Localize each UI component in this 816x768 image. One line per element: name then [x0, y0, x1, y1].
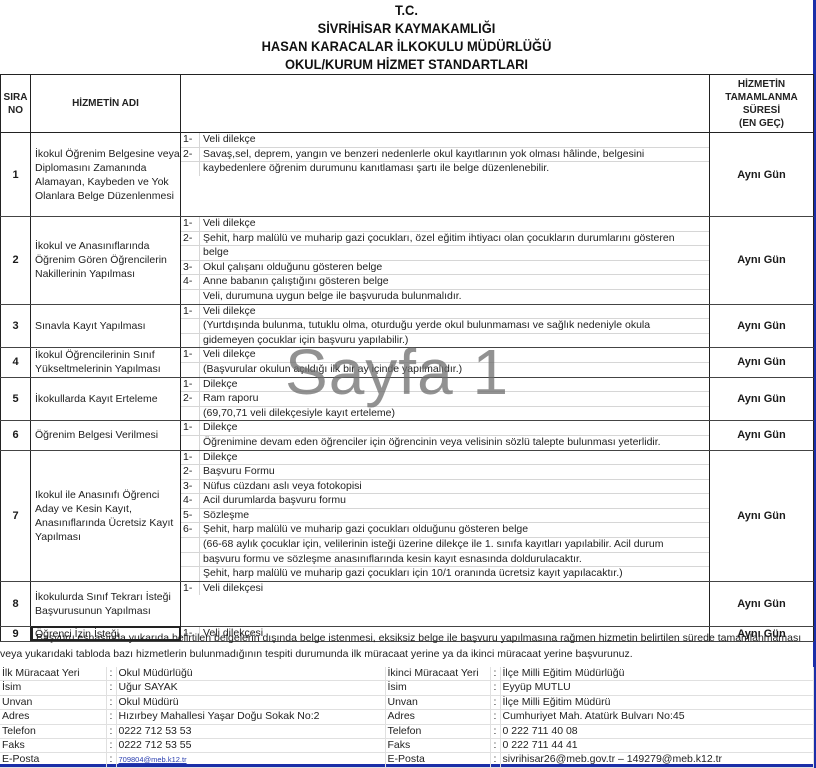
contact-label-second: Adres: [385, 710, 490, 724]
contact-value-second: 0 222 711 40 08: [500, 724, 813, 738]
contact-label-second: İkinci Müracaat Yeri: [385, 667, 490, 681]
requirement-item: (66-68 aylık çocuklar için, velilerinin …: [181, 538, 709, 553]
requirement-item: Öğrenimine devam eden öğrenciler için öğ…: [181, 436, 709, 450]
requirement-text: Veli dilekçe: [200, 217, 256, 231]
requirement-text: Şehit, harp malülü ve muharip gazi çocuk…: [200, 523, 528, 537]
requirement-item: 3-Nüfus cüzdanı aslı veya fotokopisi: [181, 480, 709, 495]
requirement-text: Savaş,sel, deprem, yangın ve benzeri ned…: [200, 148, 644, 162]
column-header-duration-line2: TAMAMLANMA: [725, 92, 798, 103]
table-row: 8İkokulurda Sınıf Tekrarı İsteği Başvuru…: [1, 581, 814, 626]
contact-separator: :: [490, 710, 500, 724]
requirement-number: [181, 162, 200, 176]
table-row: 1İkokul Öğrenim Belgesine veya Diploması…: [1, 133, 814, 217]
contact-row: Faks:0222 712 53 55Faks:0 222 711 44 41: [0, 739, 813, 753]
contact-value-first: Okul Müdürü: [116, 695, 385, 709]
completion-duration: Aynı Gün: [710, 348, 814, 377]
contact-value-first[interactable]: 709804@meb.k12.tr: [116, 753, 385, 767]
requirement-text: (69,70,71 veli dilekçesiyle kayıt ertele…: [200, 407, 395, 421]
requirement-item: kaybedenlere öğrenim durumunu kanıtlamas…: [181, 162, 709, 176]
service-requirements: 1-Veli dilekçesi: [181, 581, 710, 626]
contact-separator: :: [490, 724, 500, 738]
requirement-number: 2-: [181, 148, 200, 162]
requirement-item: (Başvurular okulun açıldığı ilk bir ay i…: [181, 363, 709, 377]
contact-separator: :: [106, 695, 116, 709]
service-name[interactable]: İkokul Öğrencilerinin Sınıf Yükseltmeler…: [31, 348, 181, 377]
row-number: 1: [1, 133, 31, 217]
service-name[interactable]: Sınavla Kayıt Yapılması: [31, 304, 181, 348]
requirement-number: 4-: [181, 494, 200, 508]
service-name[interactable]: İkokul ve Anasınıflarında Öğrenim Gören …: [31, 217, 181, 305]
requirement-text: Dilekçe: [200, 421, 237, 435]
requirement-item: 1-Veli dilekçe: [181, 133, 709, 148]
requirement-item: (69,70,71 veli dilekçesiyle kayıt ertele…: [181, 407, 709, 421]
service-name[interactable]: İkokulurda Sınıf Tekrarı İsteği Başvurus…: [31, 581, 181, 626]
requirement-text: Dilekçe: [200, 451, 237, 465]
requirement-text: Veli dilekçe: [200, 133, 256, 147]
service-requirements: 1-DilekçeÖğrenimine devam eden öğrencile…: [181, 421, 710, 450]
column-header-duration-line4: (EN GEÇ): [739, 118, 784, 129]
requirement-number: [181, 363, 200, 377]
contact-value-second: sivrihisar26@meb.gov.tr – 149279@meb.k12…: [500, 753, 813, 767]
requirement-number: [181, 553, 200, 567]
table-row: 2İkokul ve Anasınıflarında Öğrenim Gören…: [1, 217, 814, 305]
requirement-item: 1-Dilekçe: [181, 378, 709, 393]
requirement-number: 5-: [181, 509, 200, 523]
column-header-no-line1: SIRA: [4, 92, 28, 103]
contact-label-second: İsim: [385, 681, 490, 695]
service-name[interactable]: İkokul Öğrenim Belgesine veya Diplomasın…: [31, 133, 181, 217]
completion-duration: Aynı Gün: [710, 581, 814, 626]
requirement-text: (66-68 aylık çocuklar için, velilerinin …: [200, 538, 663, 552]
requirement-text: Öğrenimine devam eden öğrenciler için öğ…: [200, 436, 661, 450]
row-number: 2: [1, 217, 31, 305]
requirement-text: Veli dilekçe: [200, 348, 256, 362]
contact-label-second: Faks: [385, 739, 490, 753]
header-line-kaymakamlik: SİVRİHİSAR KAYMAKAMLIĞI: [33, 19, 781, 37]
column-header-no: SIRA NO: [1, 75, 31, 133]
requirement-text: Başvuru Formu: [200, 465, 275, 479]
requirement-number: [181, 407, 200, 421]
requirement-number: 1-: [181, 421, 200, 435]
requirement-text: (Yurtdışında bulunma, tutuklu olma, otur…: [200, 319, 650, 333]
requirement-item: 1-Dilekçe: [181, 421, 709, 436]
requirement-number: 3-: [181, 261, 200, 275]
contact-table: İlk Müracaat Yeri:Okul Müdürlüğüİkinci M…: [0, 667, 814, 768]
contact-value-second: 0 222 711 44 41: [500, 739, 813, 753]
requirement-number: [181, 319, 200, 333]
contact-separator: :: [106, 739, 116, 753]
contact-separator: :: [490, 695, 500, 709]
application-note-text: Başvuru esnasında yukarıda belirtilen be…: [0, 630, 813, 662]
requirement-item: 1-Veli dilekçesi: [181, 582, 709, 596]
contact-label-first: Telefon: [0, 724, 106, 738]
contact-label-first: E-Posta: [0, 753, 106, 767]
requirement-text: Şehit, harp malülü ve muharip gazi çocuk…: [200, 567, 623, 581]
requirement-text: Ram raporu: [200, 392, 258, 406]
requirement-text: kaybedenlere öğrenim durumunu kanıtlamas…: [200, 162, 549, 176]
application-note: Başvuru esnasında yukarıda belirtilen be…: [0, 630, 813, 662]
requirement-text: Nüfus cüzdanı aslı veya fotokopisi: [200, 480, 362, 494]
requirement-text: (Başvurular okulun açıldığı ilk bir ay i…: [200, 363, 462, 377]
row-number: 4: [1, 348, 31, 377]
table-row: 5İkokullarda Kayıt Erteleme1-Dilekçe2-Ra…: [1, 377, 814, 421]
contact-label-second: Telefon: [385, 724, 490, 738]
requirement-item: 2-Başvuru Formu: [181, 465, 709, 480]
service-requirements: 1-Veli dilekçe(Yurtdışında bulunma, tutu…: [181, 304, 710, 348]
requirement-item: Veli, durumuna uygun belge ile başvuruda…: [181, 290, 709, 304]
requirement-number: 1-: [181, 217, 200, 231]
row-number: 6: [1, 421, 31, 450]
requirement-item: 1-Veli dilekçe: [181, 305, 709, 320]
completion-duration: Aynı Gün: [710, 450, 814, 581]
contact-separator: :: [106, 667, 116, 681]
contact-row: Adres:Hızırbey Mahallesi Yaşar Doğu Soka…: [0, 710, 813, 724]
requirement-text: başvuru formu ve sözleşme anasınıflarınd…: [200, 553, 582, 567]
row-number: 7: [1, 450, 31, 581]
requirement-item: belge: [181, 246, 709, 261]
contact-value-second: İlçe Milli Eğitim Müdürlüğü: [500, 667, 813, 681]
requirement-item: 4-Acil durumlarda başvuru formu: [181, 494, 709, 509]
requirement-number: [181, 436, 200, 450]
requirement-item: 4-Anne babanın çalıştığını gösteren belg…: [181, 275, 709, 290]
contact-row: İsim:Uğur SAYAKİsim:Eyyüp MUTLU: [0, 681, 813, 695]
row-number: 5: [1, 377, 31, 421]
contact-row: E-Posta:709804@meb.k12.trE-Posta:sivrihi…: [0, 753, 813, 767]
requirement-number: 1-: [181, 133, 200, 147]
document-header: T.C. SİVRİHİSAR KAYMAKAMLIĞI HASAN KARAC…: [0, 0, 813, 73]
table-row: 4İkokul Öğrencilerinin Sınıf Yükseltmele…: [1, 348, 814, 377]
contact-row: Unvan:Okul MüdürüUnvan:İlçe Milli Eğitim…: [0, 695, 813, 709]
service-requirements: 1-Veli dilekçe2-Şehit, harp malülü ve mu…: [181, 217, 710, 305]
completion-duration: Aynı Gün: [710, 217, 814, 305]
requirement-text: Şehit, harp malülü ve muharip gazi çocuk…: [200, 232, 675, 246]
requirement-item: 2-Savaş,sel, deprem, yangın ve benzeri n…: [181, 148, 709, 163]
row-number: 3: [1, 304, 31, 348]
contact-row: İlk Müracaat Yeri:Okul Müdürlüğüİkinci M…: [0, 667, 813, 681]
requirement-number: 6-: [181, 523, 200, 537]
requirement-number: 2-: [181, 392, 200, 406]
requirement-number: 1-: [181, 348, 200, 362]
contact-value-second: İlçe Milli Eğitim Müdürü: [500, 695, 813, 709]
contact-label-first: İlk Müracaat Yeri: [0, 667, 106, 681]
contact-label-first: Adres: [0, 710, 106, 724]
requirement-number: 1-: [181, 451, 200, 465]
requirement-number: 2-: [181, 465, 200, 479]
requirement-item: 1-Veli dilekçe: [181, 217, 709, 232]
row-number: 8: [1, 581, 31, 626]
requirement-text: belge: [200, 246, 229, 260]
requirement-number: 4-: [181, 275, 200, 289]
completion-duration: Aynı Gün: [710, 304, 814, 348]
completion-duration: Aynı Gün: [710, 133, 814, 217]
requirement-item: başvuru formu ve sözleşme anasınıflarınd…: [181, 553, 709, 568]
service-name[interactable]: Öğrenim Belgesi Verilmesi: [31, 421, 181, 450]
requirement-item: 6-Şehit, harp malülü ve muharip gazi çoc…: [181, 523, 709, 538]
service-name[interactable]: Ikokul ile Anasınıfı Öğrenci Aday ve Kes…: [31, 450, 181, 581]
header-line-standards: OKUL/KURUM HİZMET STANDARTLARI: [33, 55, 781, 73]
requirement-text: gidemeyen çocuklar için başvuru yapılabi…: [200, 334, 408, 348]
table-header-row: SIRA NO HİZMETİN ADI HİZMETİN TAMAMLANMA…: [1, 75, 814, 133]
requirement-text: Veli, durumuna uygun belge ile başvuruda…: [200, 290, 462, 304]
requirement-text: Acil durumlarda başvuru formu: [200, 494, 346, 508]
contact-label-second: E-Posta: [385, 753, 490, 767]
requirement-text: Veli dilekçe: [200, 305, 256, 319]
requirement-text: Okul çalışanı olduğunu gösteren belge: [200, 261, 382, 275]
requirement-item: 1-Veli dilekçe: [181, 348, 709, 363]
contact-separator: :: [106, 753, 116, 767]
table-row: 6Öğrenim Belgesi Verilmesi1-DilekçeÖğren…: [1, 421, 814, 450]
requirement-text: Dilekçe: [200, 378, 237, 392]
table-row: 3Sınavla Kayıt Yapılması1-Veli dilekçe(Y…: [1, 304, 814, 348]
service-requirements: 1-Dilekçe2-Başvuru Formu3-Nüfus cüzdanı …: [181, 450, 710, 581]
requirement-item: 3-Okul çalışanı olduğunu gösteren belge: [181, 261, 709, 276]
column-header-no-line2: NO: [8, 105, 23, 116]
contact-separator: :: [106, 681, 116, 695]
contact-label-first: Faks: [0, 739, 106, 753]
requirement-text: Anne babanın çalıştığını gösteren belge: [200, 275, 389, 289]
requirement-number: [181, 334, 200, 348]
service-requirements: 1-Veli dilekçe2-Savaş,sel, deprem, yangı…: [181, 133, 710, 217]
contact-value-first: Hızırbey Mahallesi Yaşar Doğu Sokak No:2: [116, 710, 385, 724]
requirement-item: 2-Şehit, harp malülü ve muharip gazi çoc…: [181, 232, 709, 247]
requirement-item: gidemeyen çocuklar için başvuru yapılabi…: [181, 334, 709, 348]
service-name[interactable]: İkokullarda Kayıt Erteleme: [31, 377, 181, 421]
requirement-number: [181, 246, 200, 260]
requirement-item: (Yurtdışında bulunma, tutuklu olma, otur…: [181, 319, 709, 334]
header-line-school: HASAN KARACALAR İLKOKULU MÜDÜRLÜĞÜ: [33, 37, 781, 55]
requirement-number: [181, 538, 200, 552]
column-header-duration: HİZMETİN TAMAMLANMA SÜRESİ (EN GEÇ): [710, 75, 814, 133]
requirement-number: [181, 567, 200, 581]
contact-label-second: Unvan: [385, 695, 490, 709]
requirement-number: [181, 290, 200, 304]
contact-separator: :: [490, 739, 500, 753]
contact-value-second: Cumhuriyet Mah. Atatürk Bulvarı No:45: [500, 710, 813, 724]
contact-separator: :: [106, 724, 116, 738]
column-header-requirements: [181, 75, 710, 133]
contact-label-first: Unvan: [0, 695, 106, 709]
requirement-text: Sözleşme: [200, 509, 249, 523]
requirement-item: 2-Ram raporu: [181, 392, 709, 407]
requirement-number: 2-: [181, 232, 200, 246]
email-link[interactable]: 709804@meb.k12.tr: [119, 755, 187, 764]
requirement-number: 3-: [181, 480, 200, 494]
completion-duration: Aynı Gün: [710, 421, 814, 450]
contact-value-first: 0222 712 53 53: [116, 724, 385, 738]
contact-separator: :: [490, 753, 500, 767]
contact-label-first: İsim: [0, 681, 106, 695]
completion-duration: Aynı Gün: [710, 377, 814, 421]
contact-value-first: 0222 712 53 55: [116, 739, 385, 753]
table-row: 7Ikokul ile Anasınıfı Öğrenci Aday ve Ke…: [1, 450, 814, 581]
column-header-duration-line1: HİZMETİN: [738, 79, 785, 90]
requirement-item: 1-Dilekçe: [181, 451, 709, 466]
requirement-text: Veli dilekçesi: [200, 582, 263, 596]
contact-row: Telefon:0222 712 53 53Telefon:0 222 711 …: [0, 724, 813, 738]
contact-separator: :: [490, 667, 500, 681]
requirement-number: 1-: [181, 582, 200, 596]
contact-value-first: Uğur SAYAK: [116, 681, 385, 695]
service-standards-table: SIRA NO HİZMETİN ADI HİZMETİN TAMAMLANMA…: [0, 74, 814, 642]
column-header-name: HİZMETİN ADI: [31, 75, 181, 133]
header-line-tc: T.C.: [33, 0, 781, 19]
contact-separator: :: [106, 710, 116, 724]
requirement-number: 1-: [181, 305, 200, 319]
contact-value-first: Okul Müdürlüğü: [116, 667, 385, 681]
requirement-number: 1-: [181, 378, 200, 392]
requirement-item: Şehit, harp malülü ve muharip gazi çocuk…: [181, 567, 709, 581]
requirement-item: 5-Sözleşme: [181, 509, 709, 524]
contact-separator: :: [490, 681, 500, 695]
column-header-duration-line3: SÜRESİ: [743, 105, 780, 116]
contact-value-second: Eyyüp MUTLU: [500, 681, 813, 695]
service-requirements: 1-Dilekçe2-Ram raporu(69,70,71 veli dile…: [181, 377, 710, 421]
service-requirements: 1-Veli dilekçe(Başvurular okulun açıldığ…: [181, 348, 710, 377]
